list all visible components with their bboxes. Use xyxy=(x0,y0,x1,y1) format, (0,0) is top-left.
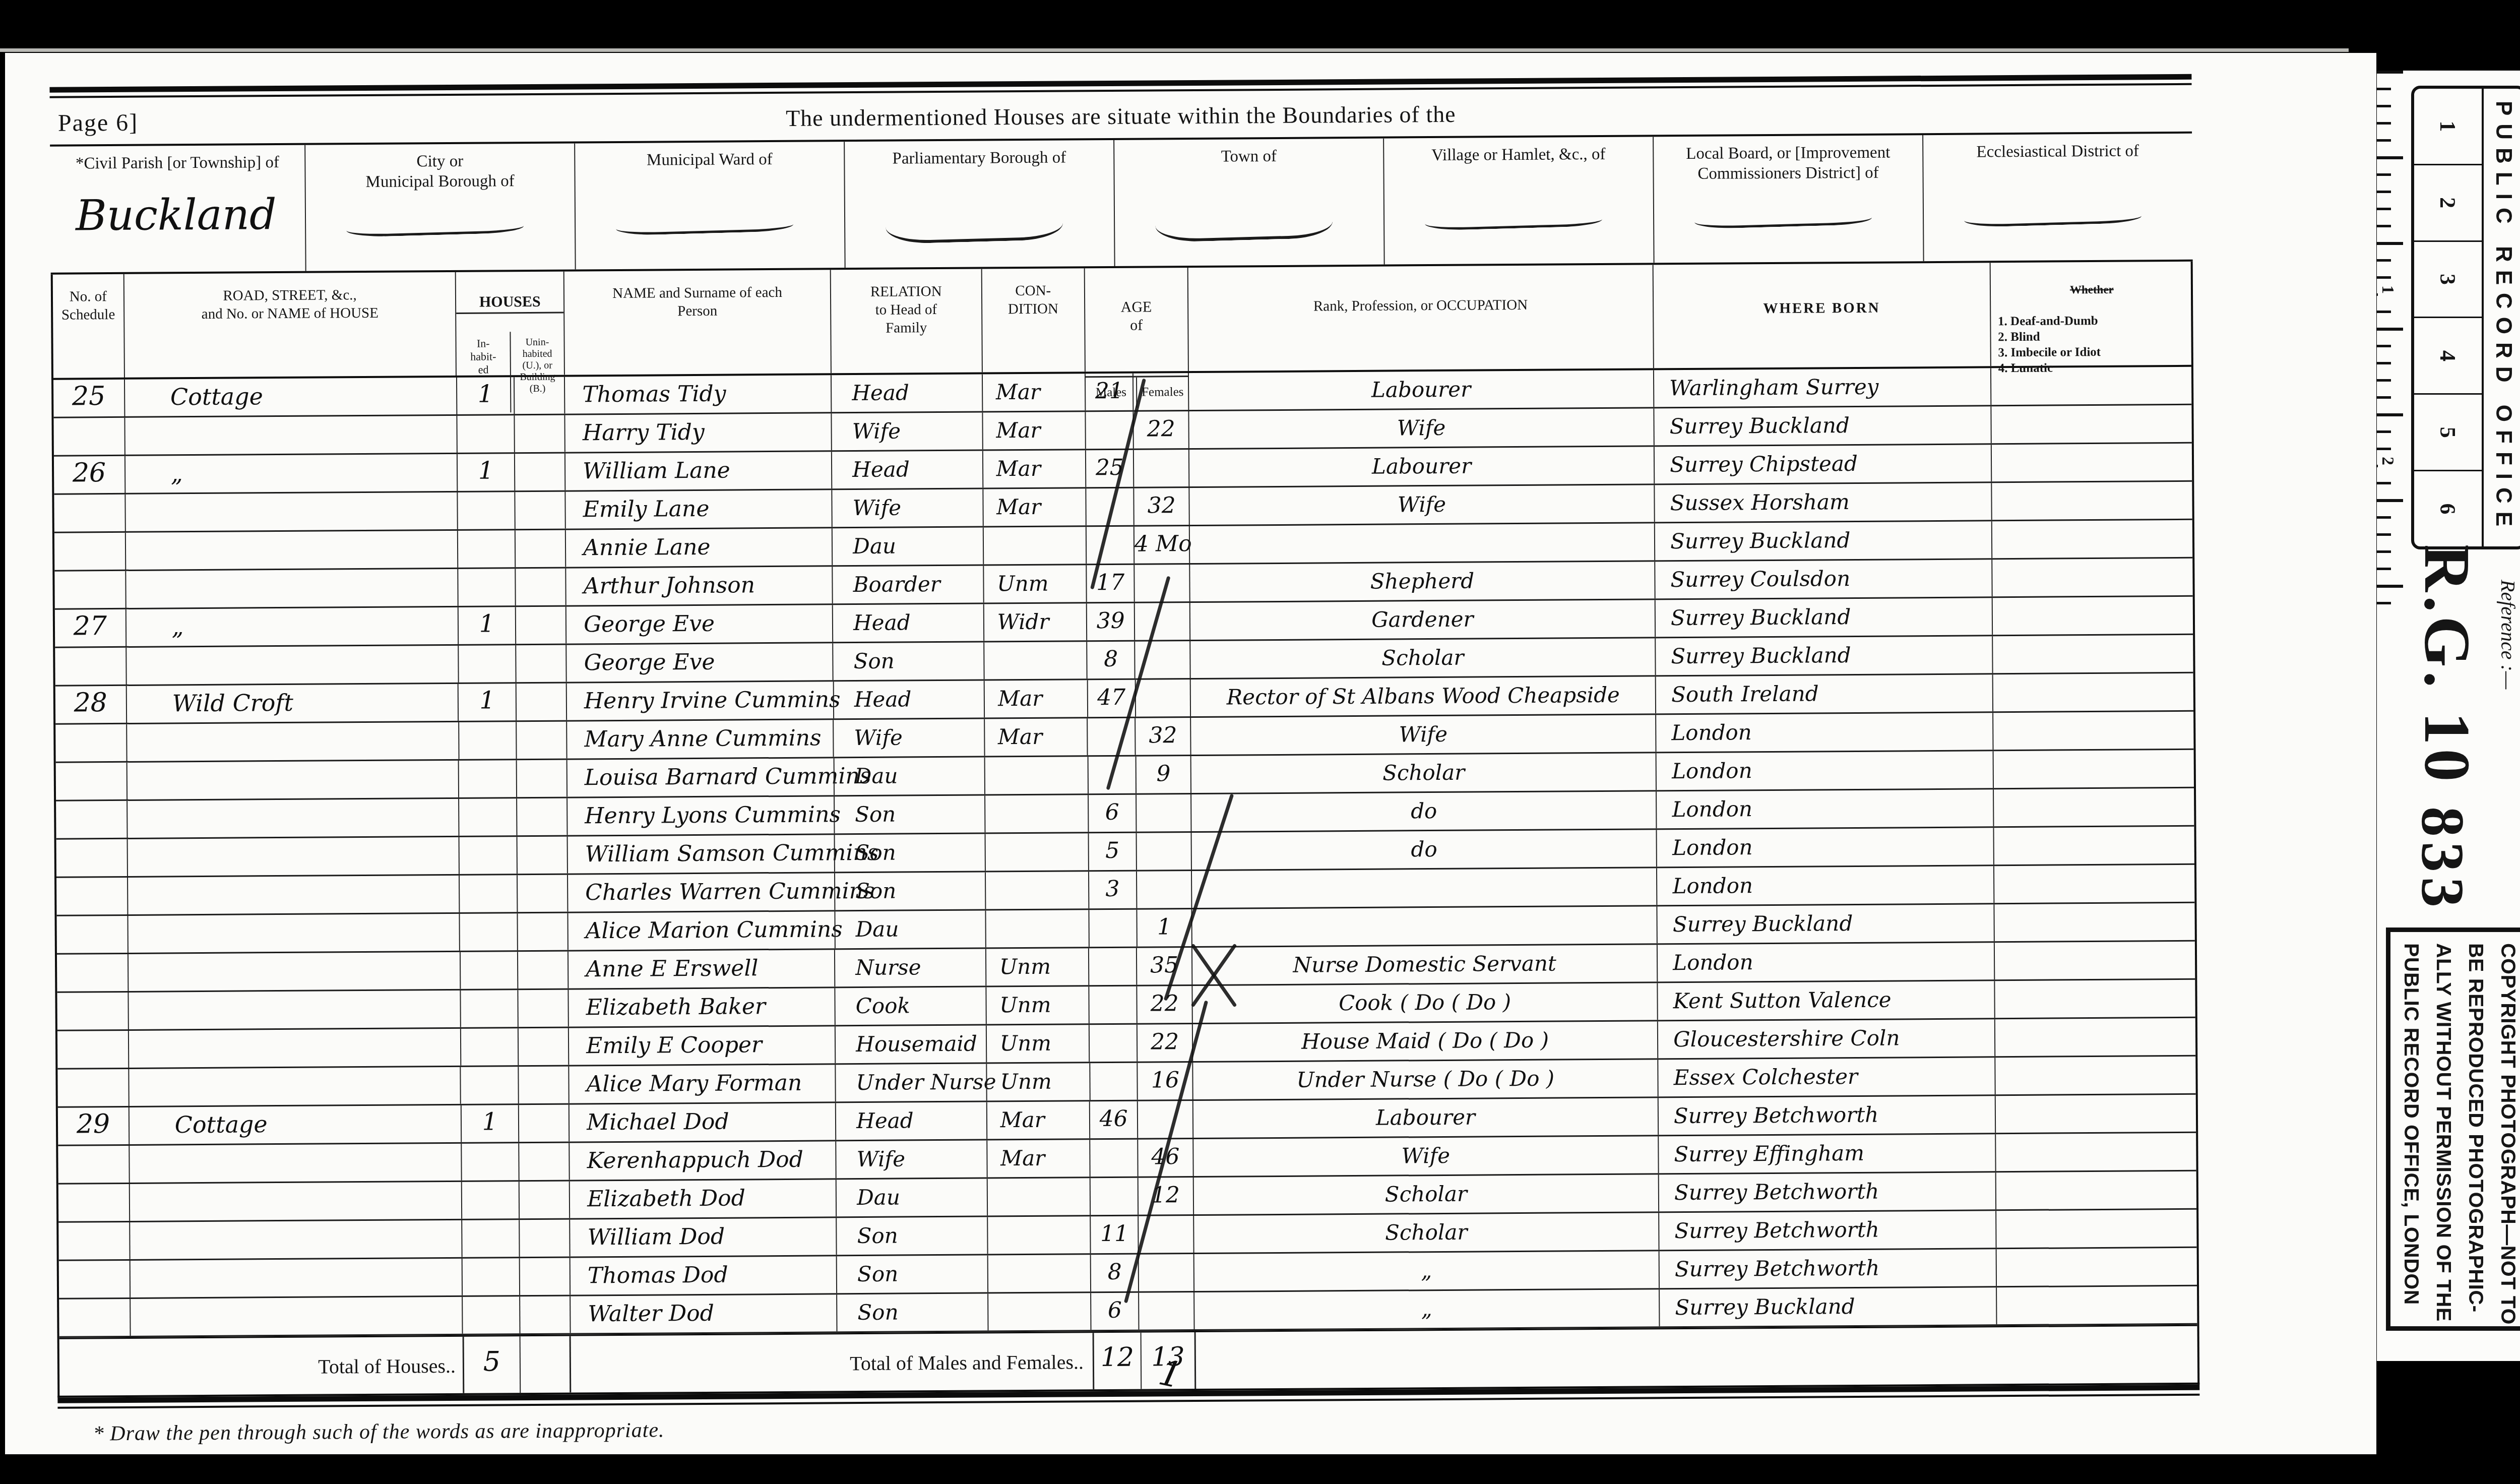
cell-born: London xyxy=(1655,713,1992,752)
disabilities-list: 1. Deaf-and-Dumb2. Blind3. Imbecile or I… xyxy=(1998,313,2186,376)
cell-name: Walter Dod xyxy=(570,1294,836,1333)
cell-name: Arthur Johnson xyxy=(565,567,832,605)
cell-condition: Unm xyxy=(985,986,1089,1024)
cell-name: Thomas Tidy xyxy=(564,375,831,413)
cell-occupation: Cook ( Do ( Do ) xyxy=(1191,983,1657,1023)
cell-schedule: 29 xyxy=(58,1107,129,1145)
cell-condition xyxy=(985,872,1088,909)
cell-name: William Dod xyxy=(569,1218,836,1256)
total-houses-label: Total of Houses.. xyxy=(130,1337,463,1395)
cell-condition: Unm xyxy=(986,1063,1089,1100)
cell-born: South Ireland xyxy=(1655,674,1992,713)
total-males-value: 12 xyxy=(1093,1333,1141,1390)
cell-name: George Eve xyxy=(565,605,832,643)
cell-name: Thomas Dod xyxy=(570,1256,836,1294)
cell-house xyxy=(128,952,460,991)
cell-house xyxy=(129,1182,461,1221)
cell-inhabited xyxy=(458,760,516,797)
cell-relation: Head xyxy=(832,604,983,642)
cell-relation: Dau xyxy=(834,910,985,948)
cell-age_f: 22 xyxy=(1133,411,1188,449)
cell-inhabited xyxy=(458,722,516,759)
cell-disab xyxy=(1995,1133,2196,1171)
cell-disab xyxy=(1992,635,2193,673)
cell-age_m: 6 xyxy=(1090,1293,1138,1330)
cell-inhabited: 1 xyxy=(456,377,514,414)
cell-schedule: 28 xyxy=(55,686,126,723)
cell-house xyxy=(126,722,458,761)
cell-uninhabited xyxy=(516,645,566,683)
cell-uninhabited xyxy=(517,875,567,912)
column-header-name: NAME and Surname of each Person xyxy=(563,270,831,375)
cell-name: William Samson Cummins xyxy=(566,835,834,873)
column-header-disabilities: Whether 1. Deaf-and-Dumb2. Blind3. Imbec… xyxy=(1989,262,2191,366)
cell-age_m xyxy=(1089,1063,1137,1100)
cell-condition xyxy=(987,1216,1090,1254)
cell-uninhabited xyxy=(518,1028,568,1066)
houses-group-label: HOUSES xyxy=(456,293,563,314)
cell-schedule: 26 xyxy=(54,456,124,493)
column-header-row: No. of Schedule ROAD, STREET, &c., and N… xyxy=(53,262,2191,380)
cell-uninhabited xyxy=(514,377,564,414)
copyright-line: BE REPRODUCED PHOTOGRAPHIC- xyxy=(2460,943,2492,1326)
cell-inhabited xyxy=(459,913,517,951)
cell-condition xyxy=(985,833,1088,871)
cell-house: „ xyxy=(125,607,457,646)
cell-schedule xyxy=(53,418,124,455)
cell-inhabited xyxy=(457,492,515,529)
cell-name: Henry Lyons Cummins xyxy=(566,796,834,835)
cell-disab xyxy=(1991,559,2193,596)
cell-house xyxy=(129,1220,461,1259)
cell-age_m xyxy=(1090,1140,1138,1177)
cell-condition: Mar xyxy=(982,488,1086,526)
column-header-where-born: WHERE BORN xyxy=(1653,263,1990,368)
cell-condition: Mar xyxy=(982,450,1086,487)
cell-name: Charles Warren Cummins xyxy=(567,873,834,911)
cell-condition: Unm xyxy=(983,565,1086,602)
disabilities-title: Whether xyxy=(1998,281,2186,298)
cell-house: Cottage xyxy=(129,1105,461,1144)
cell-schedule xyxy=(54,494,124,532)
cell-uninhabited xyxy=(519,1220,570,1257)
column-header-age: AGE of Males Females xyxy=(1084,268,1188,372)
pro-office-label: PUBLIC RECORD OFFICE xyxy=(2484,89,2520,546)
cell-name: Kerenhappuch Dod xyxy=(569,1141,835,1180)
cell-disab xyxy=(1991,597,2193,635)
cell-name: Elizabeth Dod xyxy=(569,1180,836,1218)
blank-entry-stroke xyxy=(1964,209,2141,228)
cell-occupation: Wife xyxy=(1190,715,1656,755)
blank-entry-stroke xyxy=(885,206,1063,244)
cell-relation: Son xyxy=(834,834,985,872)
cell-disab xyxy=(1992,750,2194,788)
cell-relation: Son xyxy=(834,873,985,910)
cell-inhabited xyxy=(460,990,518,1027)
cell-age_f: 4 Mo xyxy=(1133,526,1189,564)
cell-disab xyxy=(1994,1018,2196,1056)
reference-label: Reference :— xyxy=(2496,580,2520,689)
cell-relation: Head xyxy=(831,375,982,412)
cell-age_m xyxy=(1088,948,1136,985)
cell-inhabited xyxy=(462,1296,520,1334)
cell-schedule xyxy=(58,1222,129,1260)
cell-schedule xyxy=(56,763,127,800)
cell-age_f xyxy=(1137,1101,1192,1138)
cell-born: Surrey Betchworth xyxy=(1658,1096,1995,1135)
cell-age_m xyxy=(1089,986,1137,1024)
cell-relation: Head xyxy=(833,681,984,719)
cell-age_m: 39 xyxy=(1086,603,1134,641)
disabilities-item: 2. Blind xyxy=(1998,328,2186,345)
cell-schedule xyxy=(56,801,127,838)
piece-number: 833 xyxy=(2408,807,2477,912)
cell-age_m: 8 xyxy=(1086,642,1134,679)
cell-age_f: 9 xyxy=(1135,756,1190,793)
cell-relation: Head xyxy=(831,451,982,489)
cell-uninhabited xyxy=(515,569,565,606)
cell-age_m xyxy=(1089,1025,1137,1062)
totals-spacer xyxy=(59,1339,131,1396)
cell-inhabited xyxy=(461,1182,519,1219)
cell-disab xyxy=(1993,903,2195,941)
cell-house xyxy=(125,569,457,608)
cell-house xyxy=(127,799,459,838)
cell-occupation: „ xyxy=(1193,1251,1659,1291)
cell-born: Sussex Horsham xyxy=(1654,483,1991,522)
cell-condition xyxy=(982,527,1086,564)
cell-born: London xyxy=(1656,828,1993,867)
geographic-header-row: *Civil Parish [or Township] ofBucklandCi… xyxy=(50,134,2192,275)
total-houses-value: 5 xyxy=(463,1336,521,1393)
census-document: Page 6] The undermentioned Houses are si… xyxy=(5,53,2376,1454)
cell-born: Surrey Buckland xyxy=(1654,521,1991,560)
cell-house xyxy=(128,1067,460,1106)
cell-name: Elizabeth Baker xyxy=(568,988,835,1026)
cell-relation: Wife xyxy=(835,1140,986,1178)
cell-condition: Widr xyxy=(983,603,1086,641)
blank-entry-stroke xyxy=(1155,205,1333,242)
cell-disab xyxy=(1994,942,2195,979)
cell-schedule xyxy=(54,571,125,608)
cell-house: Cottage xyxy=(124,378,456,416)
geo-header-label: Local Board, or [Improvement Commissione… xyxy=(1654,142,1922,184)
cell-house xyxy=(126,761,458,799)
column-header-condition: CON- DITION xyxy=(981,268,1085,372)
cell-condition xyxy=(987,1293,1091,1330)
cell-age_m xyxy=(1086,527,1133,564)
cell-uninhabited xyxy=(516,684,566,721)
census-rows: 25Cottage1Thomas TidyHeadMar21LabourerWa… xyxy=(53,367,2197,1338)
geo-header-cell: *Civil Parish [or Township] ofBuckland xyxy=(50,145,305,273)
ruler-number: 1 xyxy=(2378,282,2397,297)
cell-occupation xyxy=(1189,523,1655,563)
cell-house xyxy=(124,492,457,531)
geo-header-label: *Civil Parish [or Township] of xyxy=(50,152,304,174)
cell-age_m: 11 xyxy=(1090,1216,1138,1254)
cell-inhabited: 1 xyxy=(457,607,515,644)
footnote: * Draw the pen through such of the words… xyxy=(93,1409,2200,1446)
cell-relation: Son xyxy=(836,1217,987,1255)
cell-name: George Eve xyxy=(565,643,832,682)
cell-inhabited xyxy=(459,837,517,874)
cell-age_f xyxy=(1133,450,1188,487)
cell-condition xyxy=(985,910,1089,947)
geo-header-cell: Parliamentary Borough of xyxy=(844,140,1114,268)
cell-schedule xyxy=(57,954,128,992)
cell-born: Surrey Chipstead xyxy=(1654,445,1991,483)
geo-header-cell: City or Municipal Borough of xyxy=(304,143,575,271)
cell-relation: Wife xyxy=(833,719,984,757)
column-header-schedule: No. of Schedule xyxy=(53,274,124,378)
cell-schedule xyxy=(55,648,125,685)
cell-house xyxy=(124,416,456,455)
copyright-line: PUBLIC RECORD OFFICE, LONDON xyxy=(2396,943,2428,1326)
cell-occupation: Shepherd xyxy=(1189,562,1655,601)
cell-house xyxy=(128,991,460,1029)
geo-header-value: Buckland xyxy=(76,190,277,240)
cell-name: Alice Mary Forman xyxy=(568,1065,835,1103)
cell-condition: Mar xyxy=(986,1140,1090,1177)
cell-schedule xyxy=(56,878,127,915)
geo-header-cell: Town of xyxy=(1113,139,1384,266)
scale-number: 3 xyxy=(2414,240,2482,317)
cell-house xyxy=(128,1029,460,1068)
geo-header-cell: Ecclesiastical District of xyxy=(1922,134,2193,261)
cell-age_m: 21 xyxy=(1085,374,1132,411)
pro-label-box: PUBLIC RECORD OFFICE 123456 xyxy=(2411,86,2520,549)
cell-schedule xyxy=(57,1031,128,1068)
totals-spacer xyxy=(1196,1326,2198,1389)
cell-disab xyxy=(1993,788,2194,826)
cell-occupation: Labourer xyxy=(1192,1098,1658,1138)
cell-relation: Son xyxy=(834,796,985,834)
cell-born: London xyxy=(1657,943,1994,981)
cell-born: Surrey Buckland xyxy=(1657,904,1994,943)
cell-born: Warlingham Surrey xyxy=(1653,368,1990,407)
cell-born: London xyxy=(1656,866,1993,905)
cell-relation: Housemaid xyxy=(835,1025,986,1063)
scale-number: 1 xyxy=(2414,89,2482,164)
geo-header-cell: Local Board, or [Improvement Commissione… xyxy=(1653,135,1923,263)
cell-occupation: Scholar xyxy=(1190,753,1656,793)
cell-house xyxy=(125,531,457,570)
census-form: Page 6] The undermentioned Houses are si… xyxy=(49,74,2199,1446)
enumeration-table: No. of Schedule ROAD, STREET, &c., and N… xyxy=(51,262,2200,1398)
cell-inhabited xyxy=(457,569,515,606)
totals-row: Total of Houses.. 5 Total of Males and F… xyxy=(59,1325,2198,1396)
blank-entry-stroke xyxy=(346,219,524,237)
cell-disab xyxy=(1991,444,2192,481)
cell-house xyxy=(129,1144,461,1183)
cell-occupation: House Maid ( Do ( Do ) xyxy=(1192,1021,1658,1061)
disabilities-item: 3. Imbecile or Idiot xyxy=(1998,344,2186,360)
copyright-line: ALLY WITHOUT PERMISSION OF THE xyxy=(2428,943,2460,1326)
cell-schedule xyxy=(55,724,126,762)
cell-age_f: 32 xyxy=(1133,488,1188,525)
cell-disab xyxy=(1995,1171,2196,1209)
cell-born: Gloucestershire Coln xyxy=(1657,1019,1994,1058)
cell-disab xyxy=(1990,405,2192,443)
cell-relation: Son xyxy=(836,1293,987,1331)
cell-house xyxy=(127,837,459,876)
cell-name: Anne E Erswell xyxy=(568,950,834,988)
cell-schedule xyxy=(57,1069,128,1106)
cell-uninhabited xyxy=(518,1105,569,1142)
cell-born: Surrey Buckland xyxy=(1655,636,1992,675)
cell-disab xyxy=(1996,1286,2197,1324)
cell-uninhabited xyxy=(515,607,565,644)
cell-inhabited xyxy=(461,1143,519,1181)
cell-relation: Under Nurse xyxy=(835,1064,986,1101)
cell-schedule xyxy=(56,916,127,953)
cell-occupation: Labourer xyxy=(1188,370,1654,410)
cell-born: Surrey Buckland xyxy=(1655,598,1992,637)
cell-inhabited xyxy=(458,798,516,836)
cell-occupation: Scholar xyxy=(1193,1174,1659,1214)
cell-occupation: Scholar xyxy=(1189,638,1655,678)
cell-name: Louisa Barnard Cummins xyxy=(566,758,834,796)
blank-entry-stroke xyxy=(1694,211,1872,229)
cell-name: Annie Lane xyxy=(565,528,832,567)
scale-number: 2 xyxy=(2414,164,2482,240)
copyright-notice: COPYRIGHT PHOTOGRAPH—NOT TOBE REPRODUCED… xyxy=(2386,927,2520,1331)
geo-header-label: City or Municipal Borough of xyxy=(305,150,574,192)
cell-occupation xyxy=(1191,906,1657,946)
cell-born: Surrey Buckland xyxy=(1659,1287,1996,1326)
cell-disab xyxy=(1990,367,2192,405)
cell-uninhabited xyxy=(516,722,566,759)
age-group-label: AGE of xyxy=(1085,286,1187,358)
cell-disab xyxy=(1995,1248,2197,1286)
cell-relation: Dau xyxy=(834,758,985,795)
cell-schedule xyxy=(58,1146,129,1183)
totals-spacer xyxy=(521,1336,572,1393)
cell-uninhabited xyxy=(514,415,564,453)
geo-header-cell: Municipal Ward of xyxy=(574,142,845,269)
column-header-road: ROAD, STREET, &c., and No. or NAME of HO… xyxy=(123,272,456,378)
cell-occupation: Labourer xyxy=(1188,447,1654,486)
cell-house xyxy=(127,876,459,914)
cell-uninhabited xyxy=(519,1143,569,1181)
cell-inhabited: 1 xyxy=(460,1105,518,1142)
cell-condition: Mar xyxy=(982,412,1085,449)
cell-name: Henry Irvine Cummins xyxy=(566,682,833,720)
cell-inhabited xyxy=(461,1258,519,1295)
cell-born: Kent Sutton Valence xyxy=(1657,981,1994,1020)
geo-header-cell: Village or Hamlet, &c., of xyxy=(1383,137,1654,264)
cell-relation: Nurse xyxy=(834,949,985,987)
geo-header-label: Parliamentary Borough of xyxy=(845,147,1113,169)
scale-number: 5 xyxy=(2414,393,2482,470)
cell-disab xyxy=(1992,712,2194,750)
cell-born: London xyxy=(1656,789,1993,828)
cell-house xyxy=(127,914,459,953)
cell-relation: Wife xyxy=(831,413,982,451)
cell-uninhabited xyxy=(517,837,567,874)
cell-age_f xyxy=(1136,833,1191,870)
ruler: 1 2 xyxy=(2377,71,2405,605)
cell-age_f xyxy=(1136,871,1191,908)
cell-name: Emily E Cooper xyxy=(568,1026,835,1065)
cell-house: Wild Croft xyxy=(125,684,458,723)
cell-born: Essex Colchester xyxy=(1658,1058,1995,1096)
cell-age_m: 46 xyxy=(1089,1101,1137,1139)
cell-relation: Cook xyxy=(835,987,986,1025)
cell-uninhabited xyxy=(517,952,568,989)
cell-inhabited xyxy=(460,1028,518,1066)
cell-age_f xyxy=(1136,794,1191,832)
cell-uninhabited xyxy=(515,492,565,529)
cell-occupation: Wife xyxy=(1192,1136,1658,1176)
cell-condition xyxy=(987,1255,1090,1292)
cell-inhabited xyxy=(457,530,515,568)
cell-condition: Mar xyxy=(982,374,1085,411)
cell-relation: Head xyxy=(835,1102,986,1140)
cell-schedule: 27 xyxy=(55,609,125,647)
cell-name: Alice Marion Cummins xyxy=(567,911,834,950)
cell-uninhabited xyxy=(515,530,565,568)
cell-uninhabited xyxy=(519,1296,570,1334)
cell-relation: Son xyxy=(836,1255,987,1293)
cell-age_m xyxy=(1088,910,1136,947)
copyright-line: COPYRIGHT PHOTOGRAPH—NOT TO xyxy=(2492,943,2520,1326)
cell-occupation: Gardener xyxy=(1189,600,1655,640)
cell-condition xyxy=(984,757,1088,794)
column-header-relation: RELATION to Head of Family xyxy=(830,269,982,374)
cell-born: Surrey Effingham xyxy=(1658,1134,1995,1173)
cell-born: Surrey Buckland xyxy=(1653,406,1990,445)
cell-name: Emily Lane xyxy=(565,490,832,528)
cell-schedule xyxy=(57,993,128,1030)
cell-relation: Dau xyxy=(832,528,983,566)
cell-occupation: Nurse Domestic Servant xyxy=(1191,945,1657,984)
ruler-number: 2 xyxy=(2378,454,2397,468)
cell-condition xyxy=(984,795,1088,832)
blank-entry-stroke xyxy=(1425,212,1602,231)
cell-born: Surrey Betchworth xyxy=(1659,1249,1996,1288)
cell-inhabited xyxy=(461,1220,519,1257)
cell-schedule xyxy=(56,839,127,877)
cell-relation: Boarder xyxy=(832,566,983,604)
cell-house xyxy=(130,1297,462,1336)
cell-condition: Mar xyxy=(984,680,1087,717)
cell-disab xyxy=(1994,1057,2196,1094)
cell-inhabited xyxy=(456,415,514,453)
cell-condition: Mar xyxy=(984,718,1087,756)
cell-born: Surrey Betchworth xyxy=(1658,1211,1995,1250)
census-scan-page: { "page": { "page_label": "Page 6]", "ti… xyxy=(0,0,2520,1484)
cell-condition xyxy=(986,1178,1090,1215)
cell-disab xyxy=(1993,827,2194,864)
cell-born: Surrey Betchworth xyxy=(1658,1172,1995,1211)
cell-house: „ xyxy=(124,454,457,493)
scan-edge-artifact xyxy=(0,48,2349,52)
cell-disab xyxy=(1992,673,2194,711)
cell-disab xyxy=(1994,980,2195,1018)
cell-born: London xyxy=(1656,751,1993,790)
cell-condition: Unm xyxy=(985,1025,1089,1062)
cell-age_m: 6 xyxy=(1088,795,1136,832)
disabilities-item: 1. Deaf-and-Dumb xyxy=(1998,313,2186,329)
cell-disab xyxy=(1995,1210,2197,1248)
blank-entry-stroke xyxy=(616,217,793,236)
cell-inhabited xyxy=(458,645,516,683)
cell-schedule xyxy=(54,533,125,570)
geo-header-label: Village or Hamlet, &c., of xyxy=(1384,144,1653,165)
cell-relation: Wife xyxy=(832,489,983,527)
cell-age_f xyxy=(1138,1254,1193,1291)
